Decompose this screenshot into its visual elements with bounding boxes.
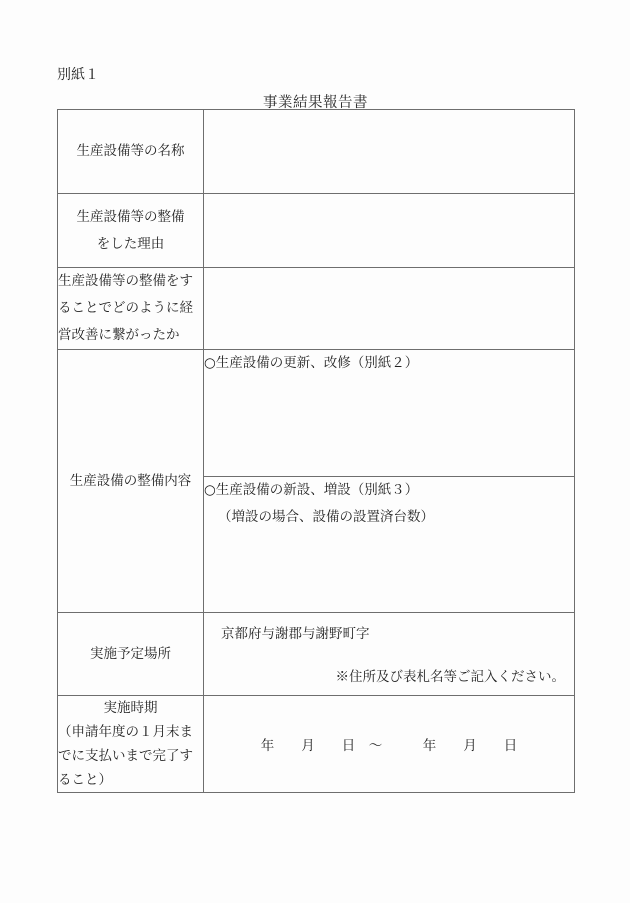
effect-label: 生産設備等の整備をす ることでどのように経 営改善に繋がったか — [58, 268, 204, 350]
period-label-note: （申請年度の１月末ま でに支払いまで完了す ること） — [58, 720, 203, 792]
location-value-cell: 京都府与謝郡与謝野町字 ※住所及び表札名等ご記入ください。 — [204, 613, 575, 696]
row-reason: 生産設備等の整備 をした理由 — [58, 194, 575, 268]
location-note: ※住所及び表札名等ご記入ください。 — [221, 665, 565, 685]
report-form-table: 生産設備等の名称 生産設備等の整備 をした理由 生産設備等の整備をす ることでど… — [57, 109, 575, 793]
reason-value-area — [204, 194, 575, 268]
row-maintenance-renewal: 生産設備の整備内容 ○生産設備の更新、改修（別紙２） — [58, 350, 575, 477]
equipment-name-label: 生産設備等の名称 — [58, 110, 204, 194]
document-sheet: 別紙１ 事業結果報告書 生産設備等の名称 生産設備等の整備 をした理由 生産設備… — [0, 0, 630, 903]
equipment-name-value-area — [204, 110, 575, 194]
period-label-title: 実施時期 — [58, 696, 203, 720]
maintenance-renewal-cell: ○生産設備の更新、改修（別紙２） — [204, 350, 575, 477]
period-value: 年 月 日 ～ 年 月 日 — [204, 696, 575, 793]
row-period: 実施時期 （申請年度の１月末ま でに支払いまで完了す ること） 年 月 日 ～ … — [58, 696, 575, 793]
row-location: 実施予定場所 京都府与謝郡与謝野町字 ※住所及び表札名等ご記入ください。 — [58, 613, 575, 696]
location-address: 京都府与謝郡与謝野町字 — [221, 622, 565, 642]
reason-label: 生産設備等の整備 をした理由 — [58, 194, 204, 268]
maintenance-label: 生産設備の整備内容 — [58, 350, 204, 613]
row-effect: 生産設備等の整備をす ることでどのように経 営改善に繋がったか — [58, 268, 575, 350]
location-label: 実施予定場所 — [58, 613, 204, 696]
maintenance-new-option: ○生産設備の新設、増設（別紙３） — [204, 477, 574, 504]
row-equipment-name: 生産設備等の名称 — [58, 110, 575, 194]
maintenance-new-cell: ○生産設備の新設、増設（別紙３） （増設の場合、設備の設置済台数） — [204, 477, 575, 613]
period-label-cell: 実施時期 （申請年度の１月末ま でに支払いまで完了す ること） — [58, 696, 204, 793]
effect-value-area — [204, 268, 575, 350]
maintenance-new-option-note: （増設の場合、設備の設置済台数） — [204, 504, 574, 531]
maintenance-renewal-option: ○生産設備の更新、改修（別紙２） — [204, 350, 574, 377]
attachment-label: 別紙１ — [57, 64, 99, 84]
